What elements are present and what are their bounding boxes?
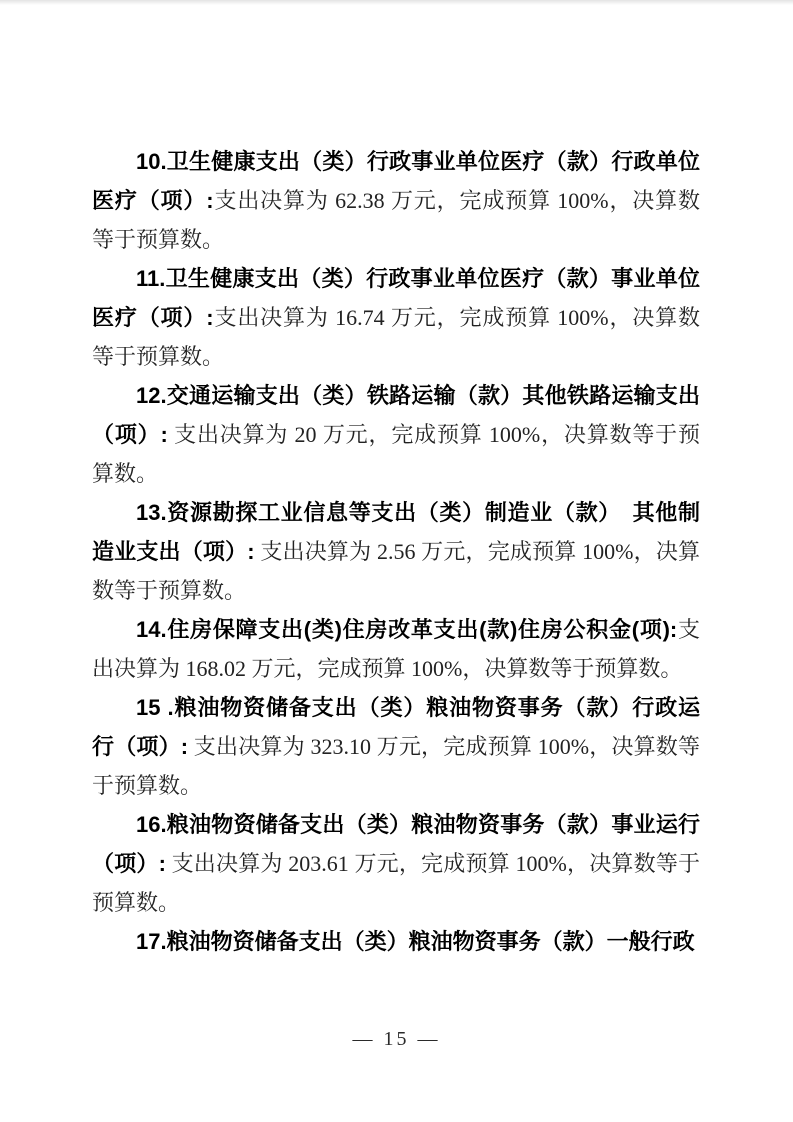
item-12-body: 支出决算为 20 万元，完成预算 100%，决算数等于预算数。 — [92, 422, 700, 486]
budget-item-14: 14.住房保障支出(类)住房改革支出(款)住房公积金(项):支出决算为 168.… — [92, 610, 700, 688]
budget-item-15: 15 .粮油物资储备支出（类）粮油物资事务（款）行政运行（项）: 支出决算为 3… — [92, 688, 700, 805]
budget-item-17: 17.粮油物资储备支出（类）粮油物资事务（款）一般行政 — [92, 922, 700, 961]
budget-item-12: 12.交通运输支出（类）铁路运输（款）其他铁路运输支出（项）: 支出决算为 20… — [92, 376, 700, 493]
budget-item-16: 16.粮油物资储备支出（类）粮油物资事务（款）事业运行（项）: 支出决算为 20… — [92, 805, 700, 922]
page-body-text: 10.卫生健康支出（类）行政事业单位医疗（款）行政单位医疗（项）:支出决算为 6… — [92, 142, 700, 961]
scan-edge — [0, 0, 793, 5]
budget-item-13: 13.资源勘探工业信息等支出（类）制造业（款） 其他制造业支出（项）: 支出决算… — [92, 493, 700, 610]
budget-item-11: 11.卫生健康支出（类）行政事业单位医疗（款）事业单位医疗（项）:支出决算为 1… — [92, 259, 700, 376]
document-page: 10.卫生健康支出（类）行政事业单位医疗（款）行政单位医疗（项）:支出决算为 6… — [0, 0, 793, 1122]
page-number-label: — 15 — — [353, 1028, 441, 1050]
item-14-heading: 14.住房保障支出(类)住房改革支出(款)住房公积金(项): — [136, 617, 677, 642]
item-17-heading: 17.粮油物资储备支出（类）粮油物资事务（款）一般行政 — [136, 929, 695, 954]
budget-item-10: 10.卫生健康支出（类）行政事业单位医疗（款）行政单位医疗（项）:支出决算为 6… — [92, 142, 700, 259]
item-16-body: 支出决算为 203.61 万元，完成预算 100%，决算数等于预算数。 — [92, 851, 700, 915]
page-number: — 15 — — [0, 1028, 793, 1051]
